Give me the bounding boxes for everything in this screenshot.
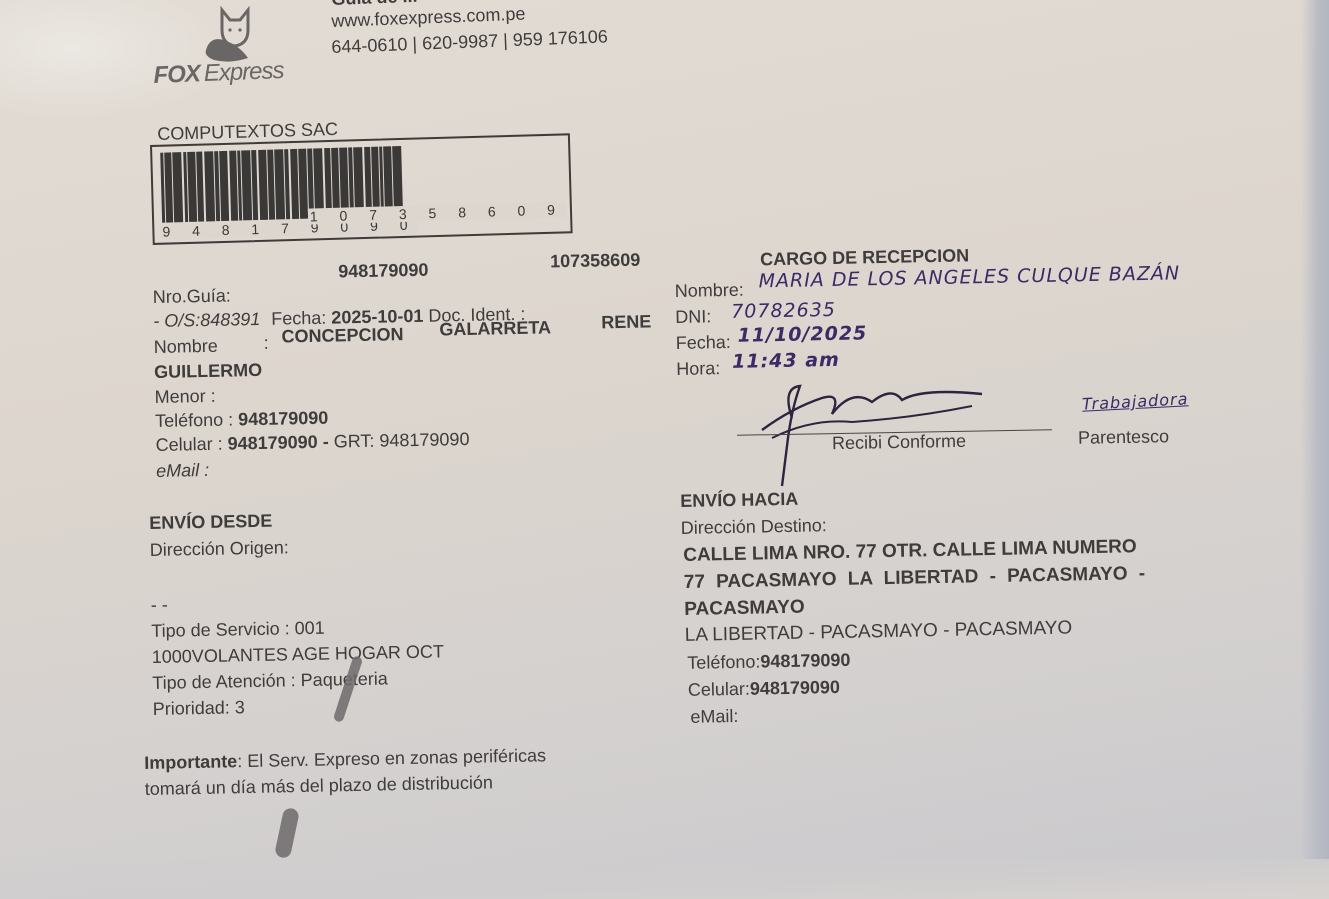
direccion-destino-line-1: CALLE LIMA NRO. 77 OTR. CALLE LIMA NUMER… — [683, 535, 1137, 567]
importante-note: Importante: El Serv. Expreso en zonas pe… — [144, 742, 665, 812]
cargo-fecha-value: 11/10/2025 — [737, 322, 867, 346]
destino-telefono-value: 948179090 — [760, 650, 850, 672]
direccion-origen-label: Dirección Origen: — [150, 536, 289, 562]
celular-value: 948179090 - — [227, 432, 328, 454]
menor-label: Menor : — [154, 385, 215, 409]
destino-celular-value: 948179090 — [750, 677, 840, 699]
celular-label: Celular : — [155, 434, 222, 455]
nombre-part-2: GALARRETA — [439, 316, 551, 341]
descripcion: 1000VOLANTES AGE HOGAR OCT — [152, 640, 444, 669]
doc-ident-number: 107358609 — [550, 249, 641, 274]
grt-value: GRT: 948179090 — [334, 429, 470, 452]
cargo-nombre-label: Nombre: — [675, 279, 744, 303]
brand-logo: FOXExpress — [153, 57, 284, 90]
dni-label: DNI: — [675, 305, 711, 329]
direccion-destino-label: Dirección Destino: — [681, 514, 827, 540]
prioridad: Prioridad: 3 — [153, 696, 245, 721]
envio-desde-section: ENVÍO DESDE Dirección Origen: - - Tipo d… — [149, 502, 673, 732]
email-label: eMail : — [156, 459, 209, 483]
ubigeo: LA LIBERTAD - PACASMAYO - PACASMAYO — [685, 616, 1073, 646]
destino-celular: Celular:948179090 — [688, 676, 841, 702]
cargo-fecha-label: Fecha: — [676, 331, 731, 355]
parentesco-label: Parentesco — [1078, 425, 1169, 450]
telefono-label: Teléfono : — [155, 409, 233, 430]
nombre-part-4: GUILLERMO — [154, 359, 262, 384]
brand-fox: FOX — [153, 60, 200, 89]
importante-line-1: Importante: El Serv. Expreso en zonas pe… — [144, 744, 546, 775]
os-number: - O/S:848391 — [153, 309, 260, 331]
nombre-part-3: RENE — [601, 310, 651, 334]
nro-guia-label: Nro.Guía: — [153, 284, 231, 308]
importante-label: Importante — [144, 751, 237, 773]
dni-value: 70782635 — [731, 299, 836, 323]
telefono-line: Teléfono : 948179090 — [155, 407, 329, 433]
recibi-conforme-label: Recibi Conforme — [832, 430, 966, 455]
paper-edge — [1301, 0, 1329, 899]
celular-line: Celular : 948179090 - GRT: 948179090 — [155, 428, 469, 457]
direccion-destino-line-3: PACASMAYO — [684, 596, 805, 621]
brand-express: Express — [203, 57, 284, 87]
destino-telefono: Teléfono:948179090 — [687, 649, 851, 675]
tipo-servicio: Tipo de Servicio : 001 — [151, 617, 325, 643]
destino-celular-label: Celular: — [688, 679, 750, 700]
telefono-value: 948179090 — [238, 408, 328, 430]
guia-number: 948179090 — [338, 259, 429, 284]
envio-hacia-section: ENVÍO HACIA Dirección Destino: CALLE LIM… — [680, 479, 1265, 740]
nombre-part-1: CONCEPCION — [281, 323, 403, 348]
barcode: 9 4 8 1 7 9 0 9 0 1 0 7 3 5 8 6 0 9 — [150, 133, 573, 245]
paper-bottom-fold — [0, 859, 1329, 899]
nombre-label: Nombre — [153, 335, 217, 359]
importante-text-2: tomará un día más del plazo de distribuc… — [144, 771, 493, 801]
direccion-destino-line-2: 77 PACASMAYO LA LIBERTAD - PACASMAYO - — [684, 562, 1146, 594]
ink-smudge — [274, 807, 300, 859]
destino-email-label: eMail: — [690, 705, 738, 729]
importante-text-1: : El Serv. Expreso en zonas periféricas — [237, 745, 546, 771]
envio-desde-heading: ENVÍO DESDE — [149, 510, 272, 535]
nombre-colon: : — [263, 332, 268, 355]
hora-value: 11:43 am — [732, 349, 840, 373]
envio-hacia-heading: ENVÍO HACIA — [680, 488, 798, 513]
direccion-origen-value: - - — [151, 594, 168, 617]
hora-label: Hora: — [676, 357, 720, 381]
destino-telefono-label: Teléfono: — [687, 651, 760, 672]
sender-block: 948179090 107358609 Nro.Guía: - O/S:8483… — [152, 248, 677, 498]
